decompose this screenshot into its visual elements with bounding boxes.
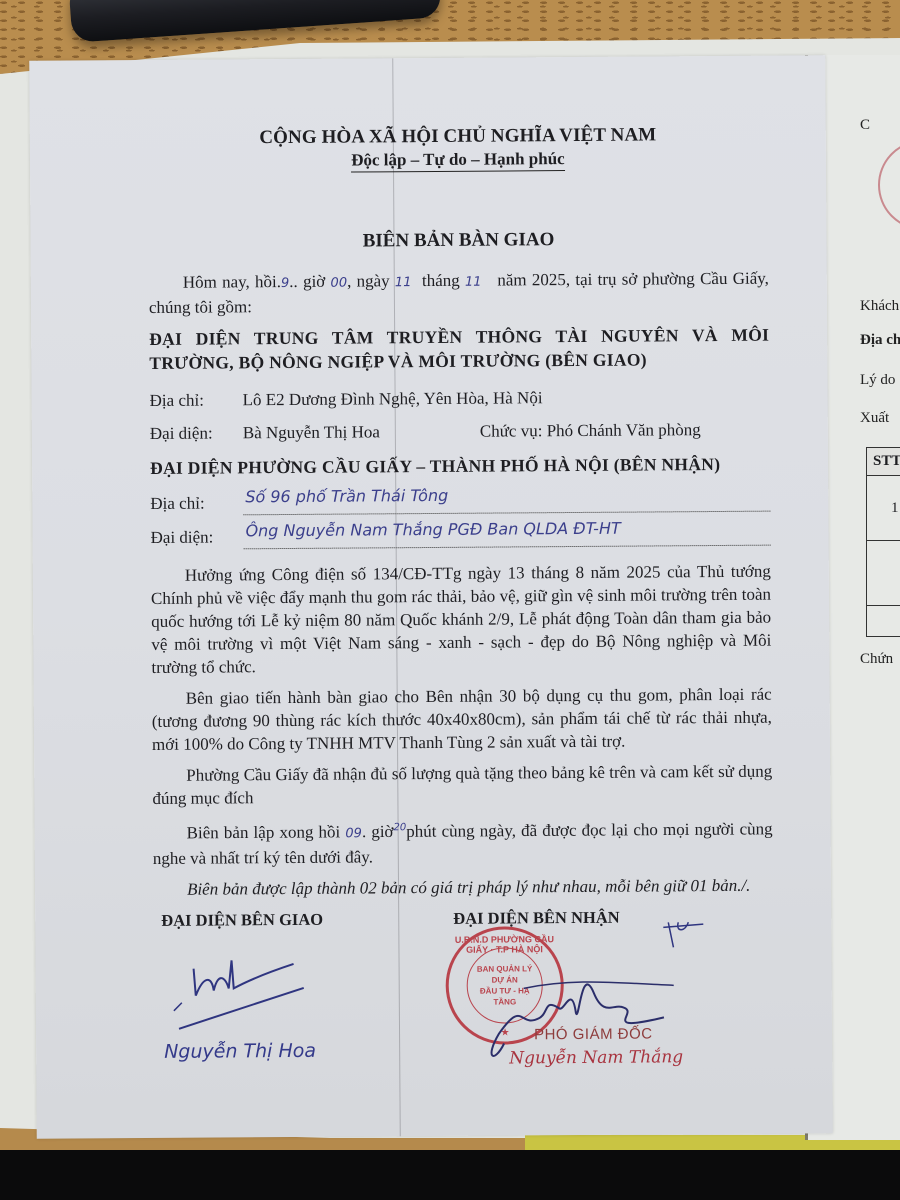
- giver-handwritten-name: Nguyễn Thị Hoa: [164, 1039, 316, 1062]
- side-doc-table-cell-empty: [867, 606, 900, 636]
- giver-rep-row: Đại diện: Bà Nguyễn Thị Hoa Chức vụ: Phó…: [150, 420, 770, 444]
- handover-document: CỘNG HÒA XÃ HỘI CHỦ NGHĨA VIỆT NAM Độc l…: [29, 55, 833, 1139]
- side-doc-footer: Chứn: [860, 651, 893, 668]
- handwritten-receiver-address: Số 96 phố Trần Thái Tông: [245, 486, 448, 506]
- intro-paragraph: Hôm nay, hồi.9.. giờ 00, ngày 11 tháng 1…: [149, 267, 769, 319]
- giver-heading: ĐẠI DIỆN TRUNG TÂM TRUYỀN THÔNG TÀI NGUY…: [149, 323, 769, 375]
- giver-position: Phó Chánh Văn phòng: [547, 420, 701, 441]
- handwritten-closing-hour: 09: [345, 826, 362, 841]
- paragraph-handover: Bên giao tiến hành bàn giao cho Bên nhận…: [152, 683, 772, 756]
- side-doc-table-cell-empty: [867, 541, 900, 606]
- signature-section: ĐẠI DIỆN BÊN GIAO Nguyễn Thị Hoa ĐẠI DIỆ…: [153, 906, 775, 1140]
- handwritten-day: 11: [395, 275, 412, 290]
- paragraph-closing-time: Biên bản lập xong hồi 09. giờ20phút cùng…: [153, 814, 773, 870]
- side-doc-line-export: Xuất: [860, 410, 889, 427]
- giver-signature-block: ĐẠI DIỆN BÊN GIAO Nguyễn Thị Hoa: [153, 909, 393, 931]
- side-doc-line-customer: Khách: [860, 298, 899, 315]
- receiver-name-stamp: Nguyễn Nam Thắng: [509, 1047, 683, 1068]
- handwritten-minute: 00: [330, 276, 347, 291]
- dark-foreground: [0, 1150, 900, 1200]
- side-doc-line-address: Địa ch: [860, 332, 900, 349]
- paragraph-directive: Hưởng ứng Công điện số 134/CĐ-TTg ngày 1…: [151, 560, 772, 679]
- handwritten-closing-minute: 20: [393, 822, 406, 833]
- handwritten-month: 11: [465, 275, 482, 290]
- handwritten-receiver-rep: Ông Nguyễn Nam Thắng PGĐ Ban QLDA ĐT-HT: [245, 519, 620, 541]
- receiver-signature-block: ĐẠI DIỆN BÊN NHẬN U.B.N.D PHƯỜNG CẦU GIẤ…: [453, 907, 733, 929]
- document-title: BIÊN BẢN BÀN GIAO: [148, 228, 768, 254]
- paragraph-receipt: Phường Cầu Giấy đã nhận đủ số lượng quà …: [152, 760, 772, 810]
- paragraph-copies: Biên bản được lập thành 02 bản có giá tr…: [153, 873, 773, 900]
- side-doc-heading-fragment: C: [860, 117, 870, 134]
- side-doc-table: STT 1: [866, 447, 900, 637]
- side-doc-stamp: [878, 140, 900, 230]
- giver-address: Lô E2 Dương Đình Nghệ, Yên Hòa, Hà Nội: [243, 388, 543, 410]
- giver-address-row: Địa chỉ: Lô E2 Dương Đình Nghệ, Yên Hòa,…: [150, 387, 770, 411]
- side-doc-line-reason: Lý do: [860, 372, 895, 389]
- giver-signature-heading: ĐẠI DIỆN BÊN GIAO: [153, 909, 393, 931]
- giver-representative: Bà Nguyễn Thị Hoa: [243, 422, 480, 444]
- national-motto: Độc lập – Tự do – Hạnh phúc: [351, 149, 565, 172]
- national-title: CỘNG HÒA XÃ HỘI CHỦ NGHĨA VIỆT NAM: [148, 124, 768, 150]
- receiver-title: PHÓ GIÁM ĐỐC: [534, 1025, 653, 1043]
- receiver-address-field: Địa chỉ: Số 96 phố Trần Thái Tông: [150, 490, 770, 516]
- receiver-heading: ĐẠI DIỆN PHƯỜNG CẦU GIẤY – THÀNH PHỐ HÀ …: [150, 452, 770, 480]
- receiver-rep-field: Đại diện: Ông Nguyễn Nam Thắng PGĐ Ban Q…: [151, 524, 771, 550]
- side-doc-table-cell: 1: [867, 476, 900, 541]
- side-doc-table-header: STT: [867, 448, 900, 476]
